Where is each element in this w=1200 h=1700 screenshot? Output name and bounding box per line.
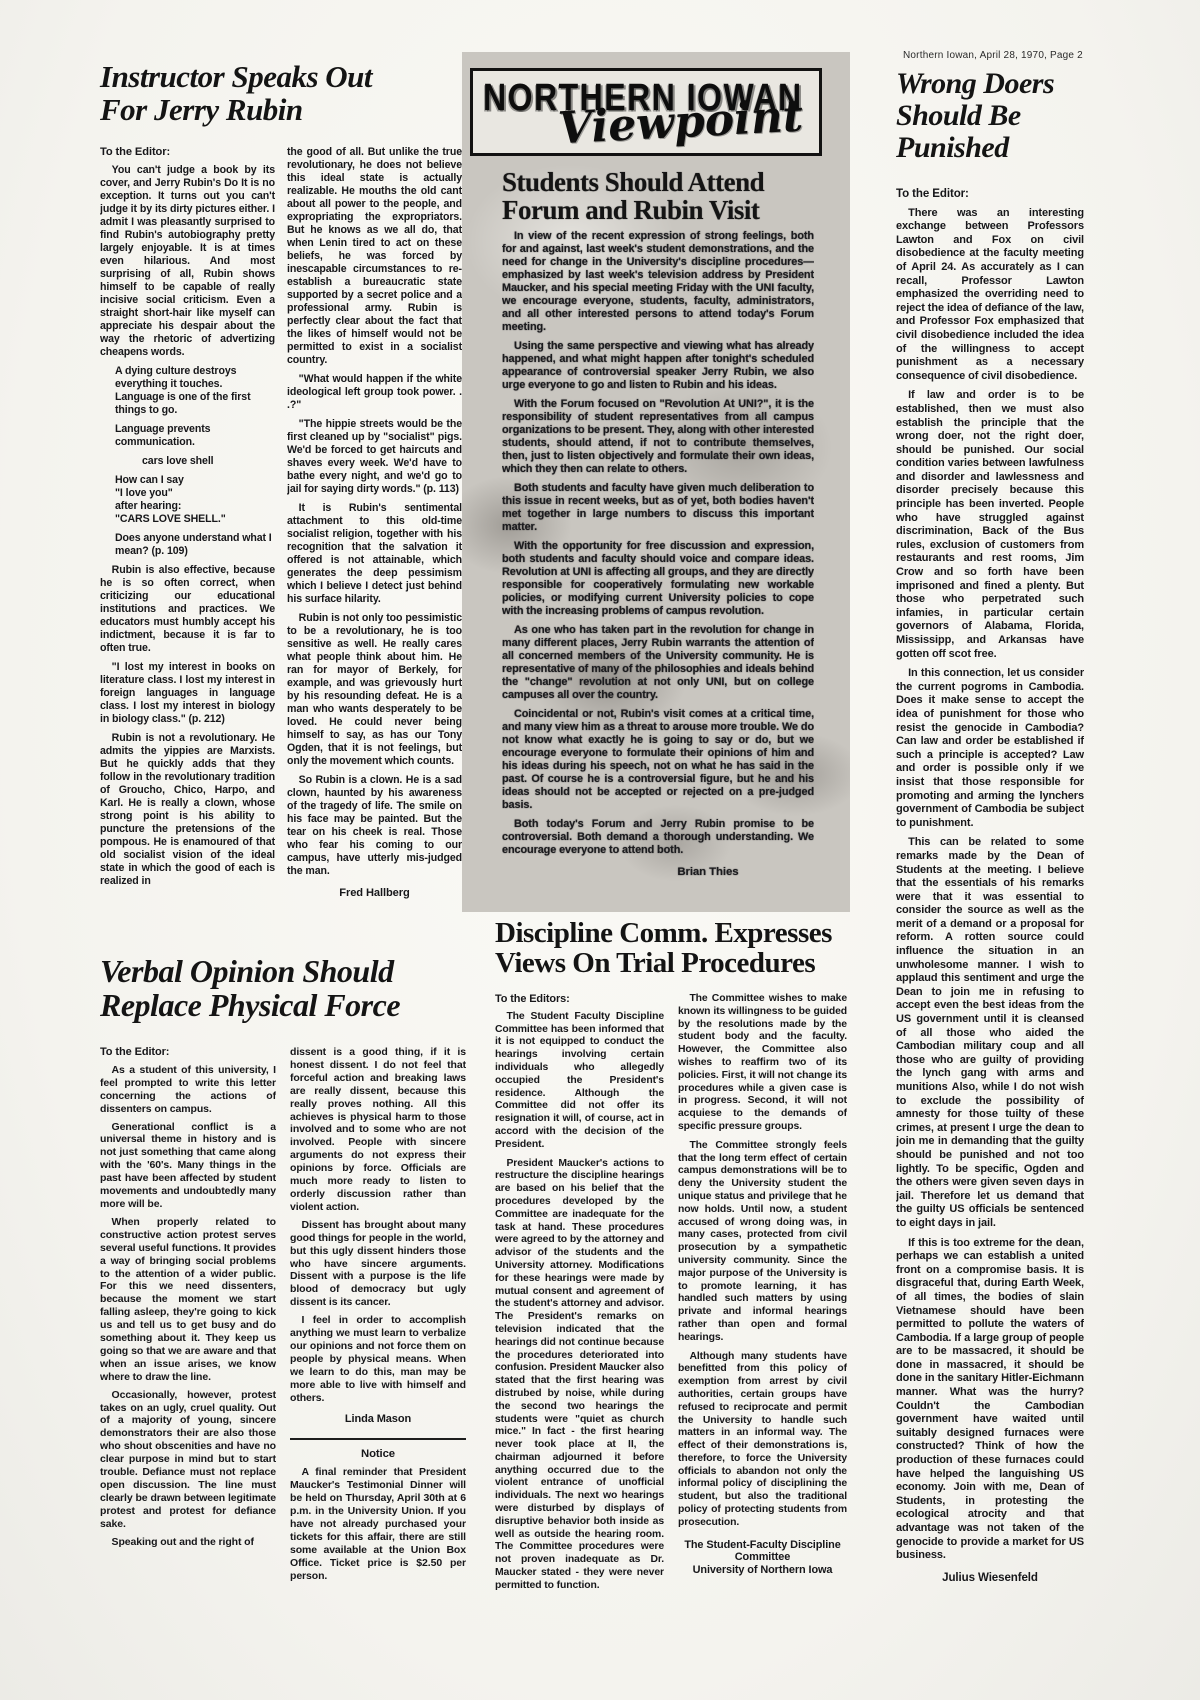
letter-wrong-doers: Wrong Doers Should Be Punished To the Ed… (896, 68, 1084, 1658)
discipline-column-2: The Committee wishes to make known its w… (678, 993, 847, 1671)
viewpoint-editorial-body: In view of the recent expression of stro… (502, 230, 814, 904)
headline-students-should-attend: Students Should Attend Forum and Rubin V… (502, 168, 824, 225)
paragraph: In this connection, let us consider the … (896, 667, 1084, 830)
paragraph: Coincidental or not, Rubin's visit comes… (502, 708, 814, 812)
viewpoint-masthead-box: NORTHERN IOWAN Viewpoint (470, 68, 822, 156)
paragraph: A dying culture destroys everything it t… (115, 365, 273, 417)
headline-instructor-speaks-out: Instructor Speaks Out For Jerry Rubin (100, 60, 462, 140)
salutation: To the Editors: (495, 993, 664, 1006)
letter-instructor-body: To the Editor:You can't judge a book by … (100, 146, 462, 906)
headline-wrong-doers: Wrong Doers Should Be Punished (896, 68, 1084, 176)
paragraph: cars love shell (142, 455, 275, 468)
salutation: To the Editor: (896, 188, 1084, 202)
signature-linda-mason: Linda Mason (290, 1413, 466, 1426)
paragraph: It is Rubin's sentimental attachment to … (287, 502, 462, 606)
letter-discipline-committee: Discipline Comm. Expresses Views On Tria… (495, 918, 847, 1674)
paragraph: So Rubin is a clown. He is a sad clown, … (287, 774, 462, 878)
headline-discipline-comm: Discipline Comm. Expresses Views On Tria… (495, 918, 847, 984)
paragraph: Both today's Forum and Jerry Rubin promi… (502, 818, 814, 857)
headline-verbal-opinion: Verbal Opinion Should Replace Physical F… (100, 954, 466, 1036)
paragraph: If law and order is to be established, t… (896, 389, 1084, 661)
paragraph: I feel in order to accomplish anything w… (290, 1314, 466, 1404)
paragraph: Speaking out and the right of (100, 1536, 276, 1549)
paragraph: Using the same perspective and viewing w… (502, 340, 814, 392)
page-dateline: Northern Iowan, April 28, 1970, Page 2 (903, 50, 1103, 61)
paragraph: "What would happen if the white ideologi… (287, 373, 462, 412)
paragraph: Occasionally, however, protest takes on … (100, 1389, 276, 1531)
paragraph: Dissent has brought about many good thin… (290, 1219, 466, 1309)
discipline-column-1: To the Editors:The Student Faculty Disci… (495, 993, 664, 1671)
paragraph: The Committee strongly feels that the lo… (678, 1140, 847, 1345)
letter-discipline-body: To the Editors:The Student Faculty Disci… (495, 993, 847, 1671)
letter-wrong-doers-body: To the Editor:There was an interesting e… (896, 188, 1084, 1648)
paragraph: When properly related to constructive ac… (100, 1216, 276, 1384)
signature-discipline-committee: The Student-Faculty Discipline Committee… (678, 1539, 847, 1577)
paragraph: "The hippie streets would be the first c… (287, 418, 462, 496)
paragraph: As a student of this university, I feel … (100, 1064, 276, 1116)
instructor-column-2: the good of all. But unlike the true rev… (287, 146, 462, 906)
instructor-column-1: To the Editor:You can't judge a book by … (100, 146, 275, 906)
newspaper-page: Northern Iowan, April 28, 1970, Page 2 I… (0, 0, 1200, 1700)
paragraph: Rubin is not only too pessimistic to be … (287, 612, 462, 768)
paragraph: the good of all. But unlike the true rev… (287, 146, 462, 367)
signature-brian-thies: Brian Thies (502, 866, 814, 879)
paragraph: The Student Faculty Discipline Committee… (495, 1011, 664, 1152)
paragraph: In view of the recent expression of stro… (502, 230, 814, 334)
paragraph: With the Forum focused on "Revolution At… (502, 398, 814, 476)
paragraph: Rubin is not a revolutionary. He admits … (100, 732, 275, 888)
viewpoint-editorial-section: NORTHERN IOWAN Viewpoint Students Should… (462, 52, 850, 912)
letter-instructor: Instructor Speaks Out For Jerry Rubin To… (100, 60, 462, 910)
paragraph: With the opportunity for free discussion… (502, 540, 814, 618)
paragraph: How can I say "I love you" after hearing… (115, 474, 275, 526)
letter-verbal-opinion-body: To the Editor:As a student of this unive… (100, 1046, 466, 1626)
paragraph: Although many students have benefitted f… (678, 1351, 847, 1530)
verbal-column-2: dissent is a good thing, if it is honest… (290, 1046, 466, 1626)
paragraph: Does anyone understand what I mean? (p. … (115, 532, 273, 558)
paragraph: President Maucker's actions to restructu… (495, 1158, 664, 1593)
paragraph: "I lost my interest in books on literatu… (100, 661, 275, 726)
signature-julius-wiesenfeld: Julius Wiesenfeld (896, 1572, 1084, 1586)
notice-divider (290, 1438, 466, 1440)
letter-verbal-opinion: Verbal Opinion Should Replace Physical F… (100, 954, 466, 1634)
notice-heading: Notice (290, 1448, 466, 1461)
paragraph: Generational conflict is a universal the… (100, 1121, 276, 1211)
paragraph: As one who has taken part in the revolut… (502, 624, 814, 702)
notice-text: A final reminder that President Maucker'… (290, 1466, 466, 1582)
salutation: To the Editor: (100, 1046, 276, 1059)
paragraph: Both students and faculty have given muc… (502, 482, 814, 534)
paragraph: Rubin is also effective, because he is s… (100, 564, 275, 655)
paragraph: This can be related to some remarks made… (896, 836, 1084, 1230)
paragraph: dissent is a good thing, if it is honest… (290, 1046, 466, 1214)
paragraph: The Committee wishes to make known its w… (678, 993, 847, 1134)
signature-fred-hallberg: Fred Hallberg (287, 887, 462, 900)
paragraph: If this is too extreme for the dean, per… (896, 1237, 1084, 1563)
salutation: To the Editor: (100, 146, 275, 159)
paragraph: Language prevents communication. (115, 423, 273, 449)
paragraph: You can't judge a book by its cover, and… (100, 164, 275, 359)
verbal-column-1: To the Editor:As a student of this unive… (100, 1046, 276, 1626)
paragraph: There was an interesting exchange betwee… (896, 207, 1084, 384)
